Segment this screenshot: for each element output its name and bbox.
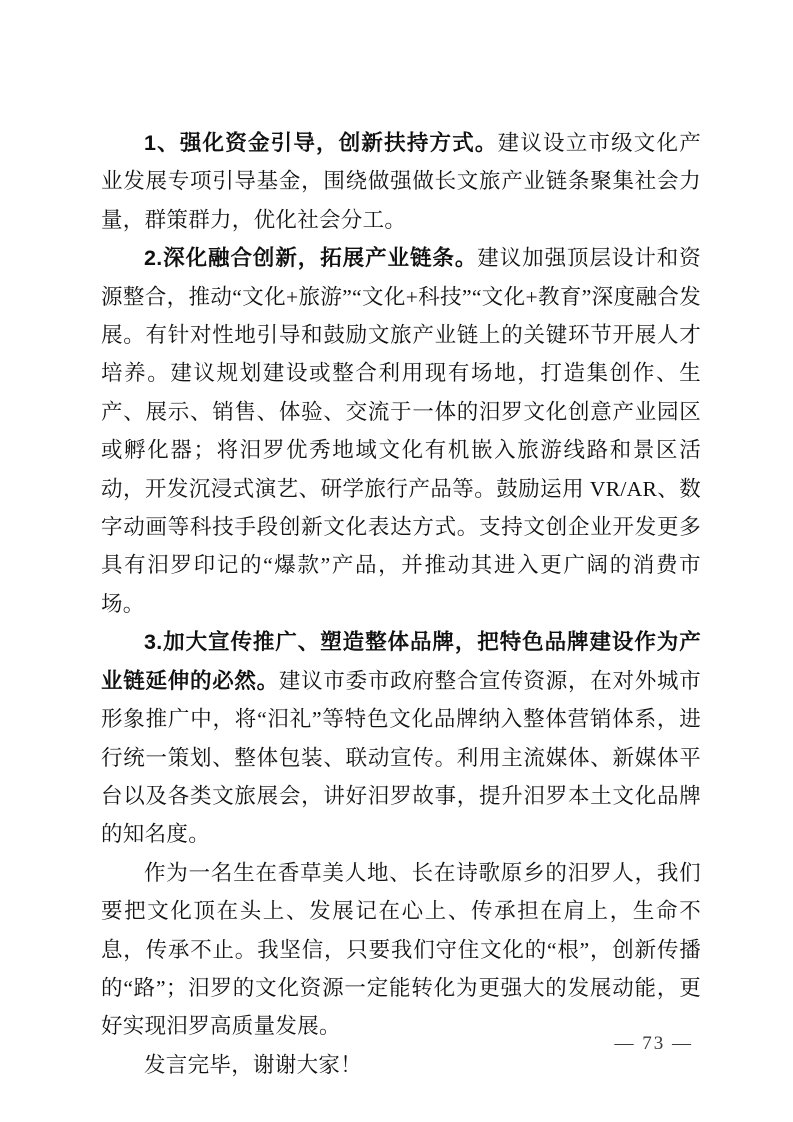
paragraph-body: 发言完毕，谢谢大家！	[144, 1053, 362, 1077]
page-number: — 73 —	[615, 1033, 694, 1055]
document-body: 1、强化资金引导，创新扶持方式。建议设立市级文化产业发展专项引导基金，围绕做强做…	[101, 124, 701, 1084]
paragraph: 作为一名生在香草美人地、长在诗歌原乡的汨罗人，我们要把文化顶在头上、发展记在心上…	[101, 854, 701, 1046]
paragraph-body: 建议加强顶层设计和资源整合，推动“文化+旅游”“文化+科技”“文化+教育”深度融…	[101, 246, 701, 616]
paragraph: 1、强化资金引导，创新扶持方式。建议设立市级文化产业发展专项引导基金，围绕做强做…	[101, 124, 701, 239]
paragraph-lead: 1、强化资金引导，创新扶持方式。	[144, 131, 498, 155]
paragraph-body: 作为一名生在香草美人地、长在诗歌原乡的汨罗人，我们要把文化顶在头上、发展记在心上…	[101, 861, 701, 1039]
paragraph-body: 建议市委市政府整合宣传资源，在对外城市形象推广中，将“汨礼”等特色文化品牌纳入整…	[101, 669, 701, 847]
paragraph-lead: 2.深化融合创新，拓展产业链条。	[144, 246, 477, 270]
paragraph: 3.加大宣传推广、塑造整体品牌，把特色品牌建设作为产业链延伸的必然。建议市委市政…	[101, 623, 701, 853]
document-page: 1、强化资金引导，创新扶持方式。建议设立市级文化产业发展专项引导基金，围绕做强做…	[0, 0, 793, 1122]
paragraph: 发言完毕，谢谢大家！	[101, 1046, 701, 1084]
paragraph: 2.深化融合创新，拓展产业链条。建议加强顶层设计和资源整合，推动“文化+旅游”“…	[101, 239, 701, 623]
